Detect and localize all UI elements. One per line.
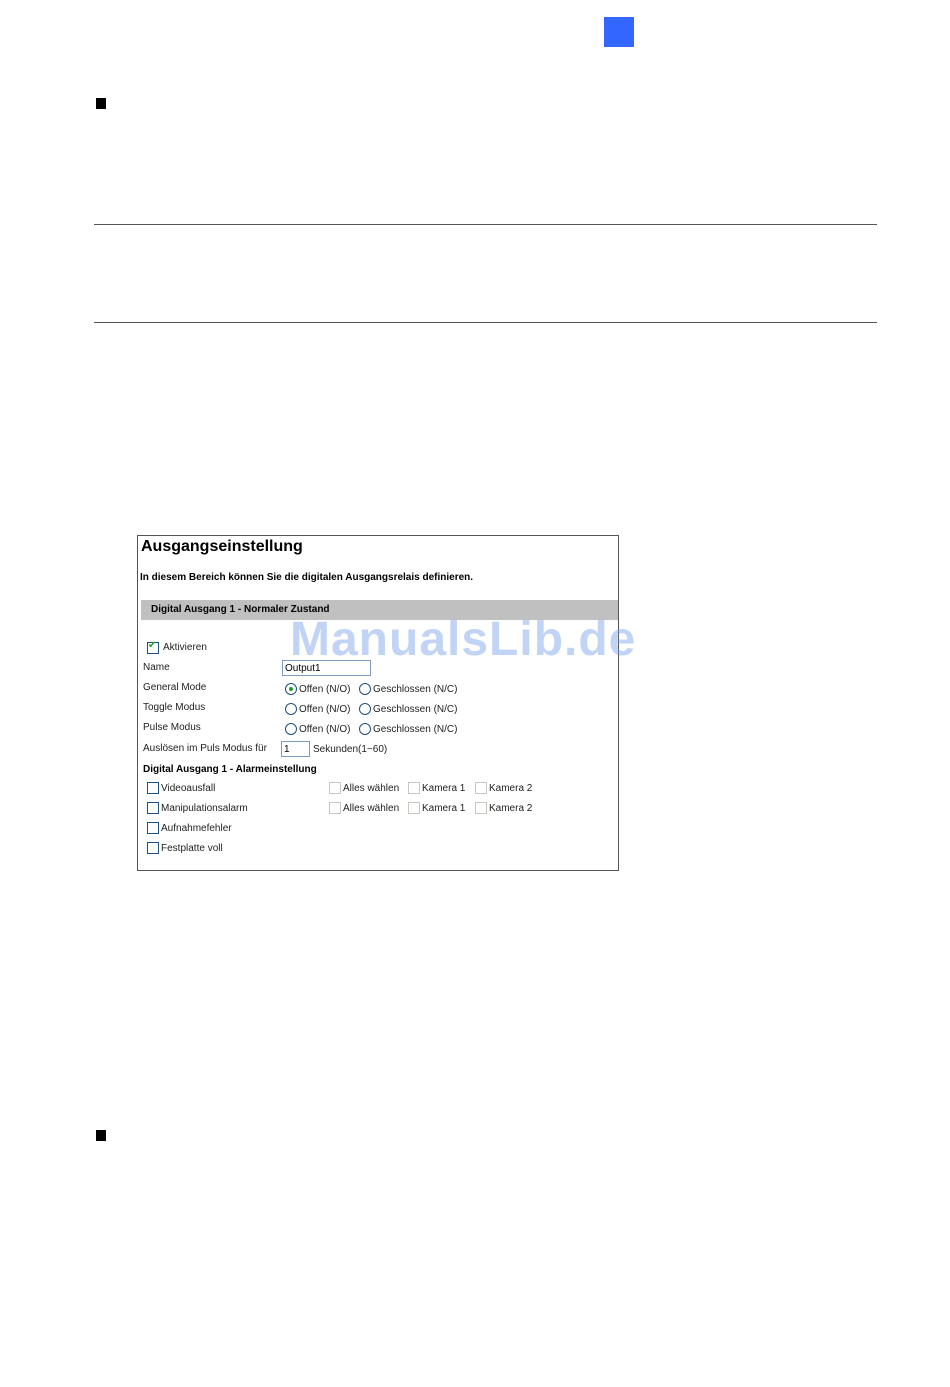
divider [94,224,877,225]
toggle-mode-open-label: Offen (N/O) [299,704,351,715]
bullet-icon [96,1130,106,1141]
pulse-duration-label: Auslösen im Puls Modus für [143,743,267,754]
toggle-mode-open-radio[interactable] [285,703,297,715]
general-mode-label: General Mode [143,682,206,693]
enable-checkbox[interactable] [147,642,159,654]
tamper-camera2-checkbox[interactable] [475,802,487,814]
section-normal-state: Digital Ausgang 1 - Normaler Zustand [141,600,618,620]
pulse-mode-label: Pulse Modus [143,722,201,733]
tamper-select-all-label: Alles wählen [343,803,399,814]
name-label: Name [143,662,170,673]
tamper-alarm-checkbox[interactable] [147,802,159,814]
disk-full-checkbox[interactable] [147,842,159,854]
video-loss-checkbox[interactable] [147,782,159,794]
pulse-mode-open-radio[interactable] [285,723,297,735]
divider [94,322,877,323]
recording-error-checkbox[interactable] [147,822,159,834]
toggle-mode-closed-label: Geschlossen (N/C) [373,704,457,715]
name-input[interactable] [282,660,371,676]
tamper-camera1-checkbox[interactable] [408,802,420,814]
tamper-select-all-checkbox[interactable] [329,802,341,814]
general-mode-open-radio[interactable] [285,683,297,695]
pulse-mode-open-label: Offen (N/O) [299,724,351,735]
general-mode-open-label: Offen (N/O) [299,684,351,695]
recording-error-label: Aufnahmefehler [161,823,232,834]
video-loss-camera1-checkbox[interactable] [408,782,420,794]
tamper-alarm-label: Manipulationsalarm [161,803,248,814]
page-marker [604,17,634,47]
disk-full-label: Festplatte voll [161,843,223,854]
pulse-duration-input[interactable] [281,741,310,757]
toggle-mode-label: Toggle Modus [143,702,205,713]
video-loss-camera2-checkbox[interactable] [475,782,487,794]
output-settings-panel: Ausgangseinstellung In diesem Bereich kö… [137,535,619,871]
pulse-mode-closed-label: Geschlossen (N/C) [373,724,457,735]
tamper-camera1-label: Kamera 1 [422,803,465,814]
video-loss-select-all-label: Alles wählen [343,783,399,794]
video-loss-select-all-checkbox[interactable] [329,782,341,794]
tamper-camera2-label: Kamera 2 [489,803,532,814]
general-mode-closed-label: Geschlossen (N/C) [373,684,457,695]
bullet-icon [96,98,106,109]
toggle-mode-closed-radio[interactable] [359,703,371,715]
video-loss-camera1-label: Kamera 1 [422,783,465,794]
video-loss-label: Videoausfall [161,783,215,794]
pulse-duration-unit: Sekunden(1~60) [313,744,387,755]
video-loss-camera2-label: Kamera 2 [489,783,532,794]
panel-description: In diesem Bereich können Sie die digital… [140,572,473,583]
pulse-mode-closed-radio[interactable] [359,723,371,735]
enable-label: Aktivieren [163,642,207,653]
panel-title: Ausgangseinstellung [141,538,303,556]
section-alarm-settings: Digital Ausgang 1 - Alarmeinstellung [143,764,317,775]
general-mode-closed-radio[interactable] [359,683,371,695]
